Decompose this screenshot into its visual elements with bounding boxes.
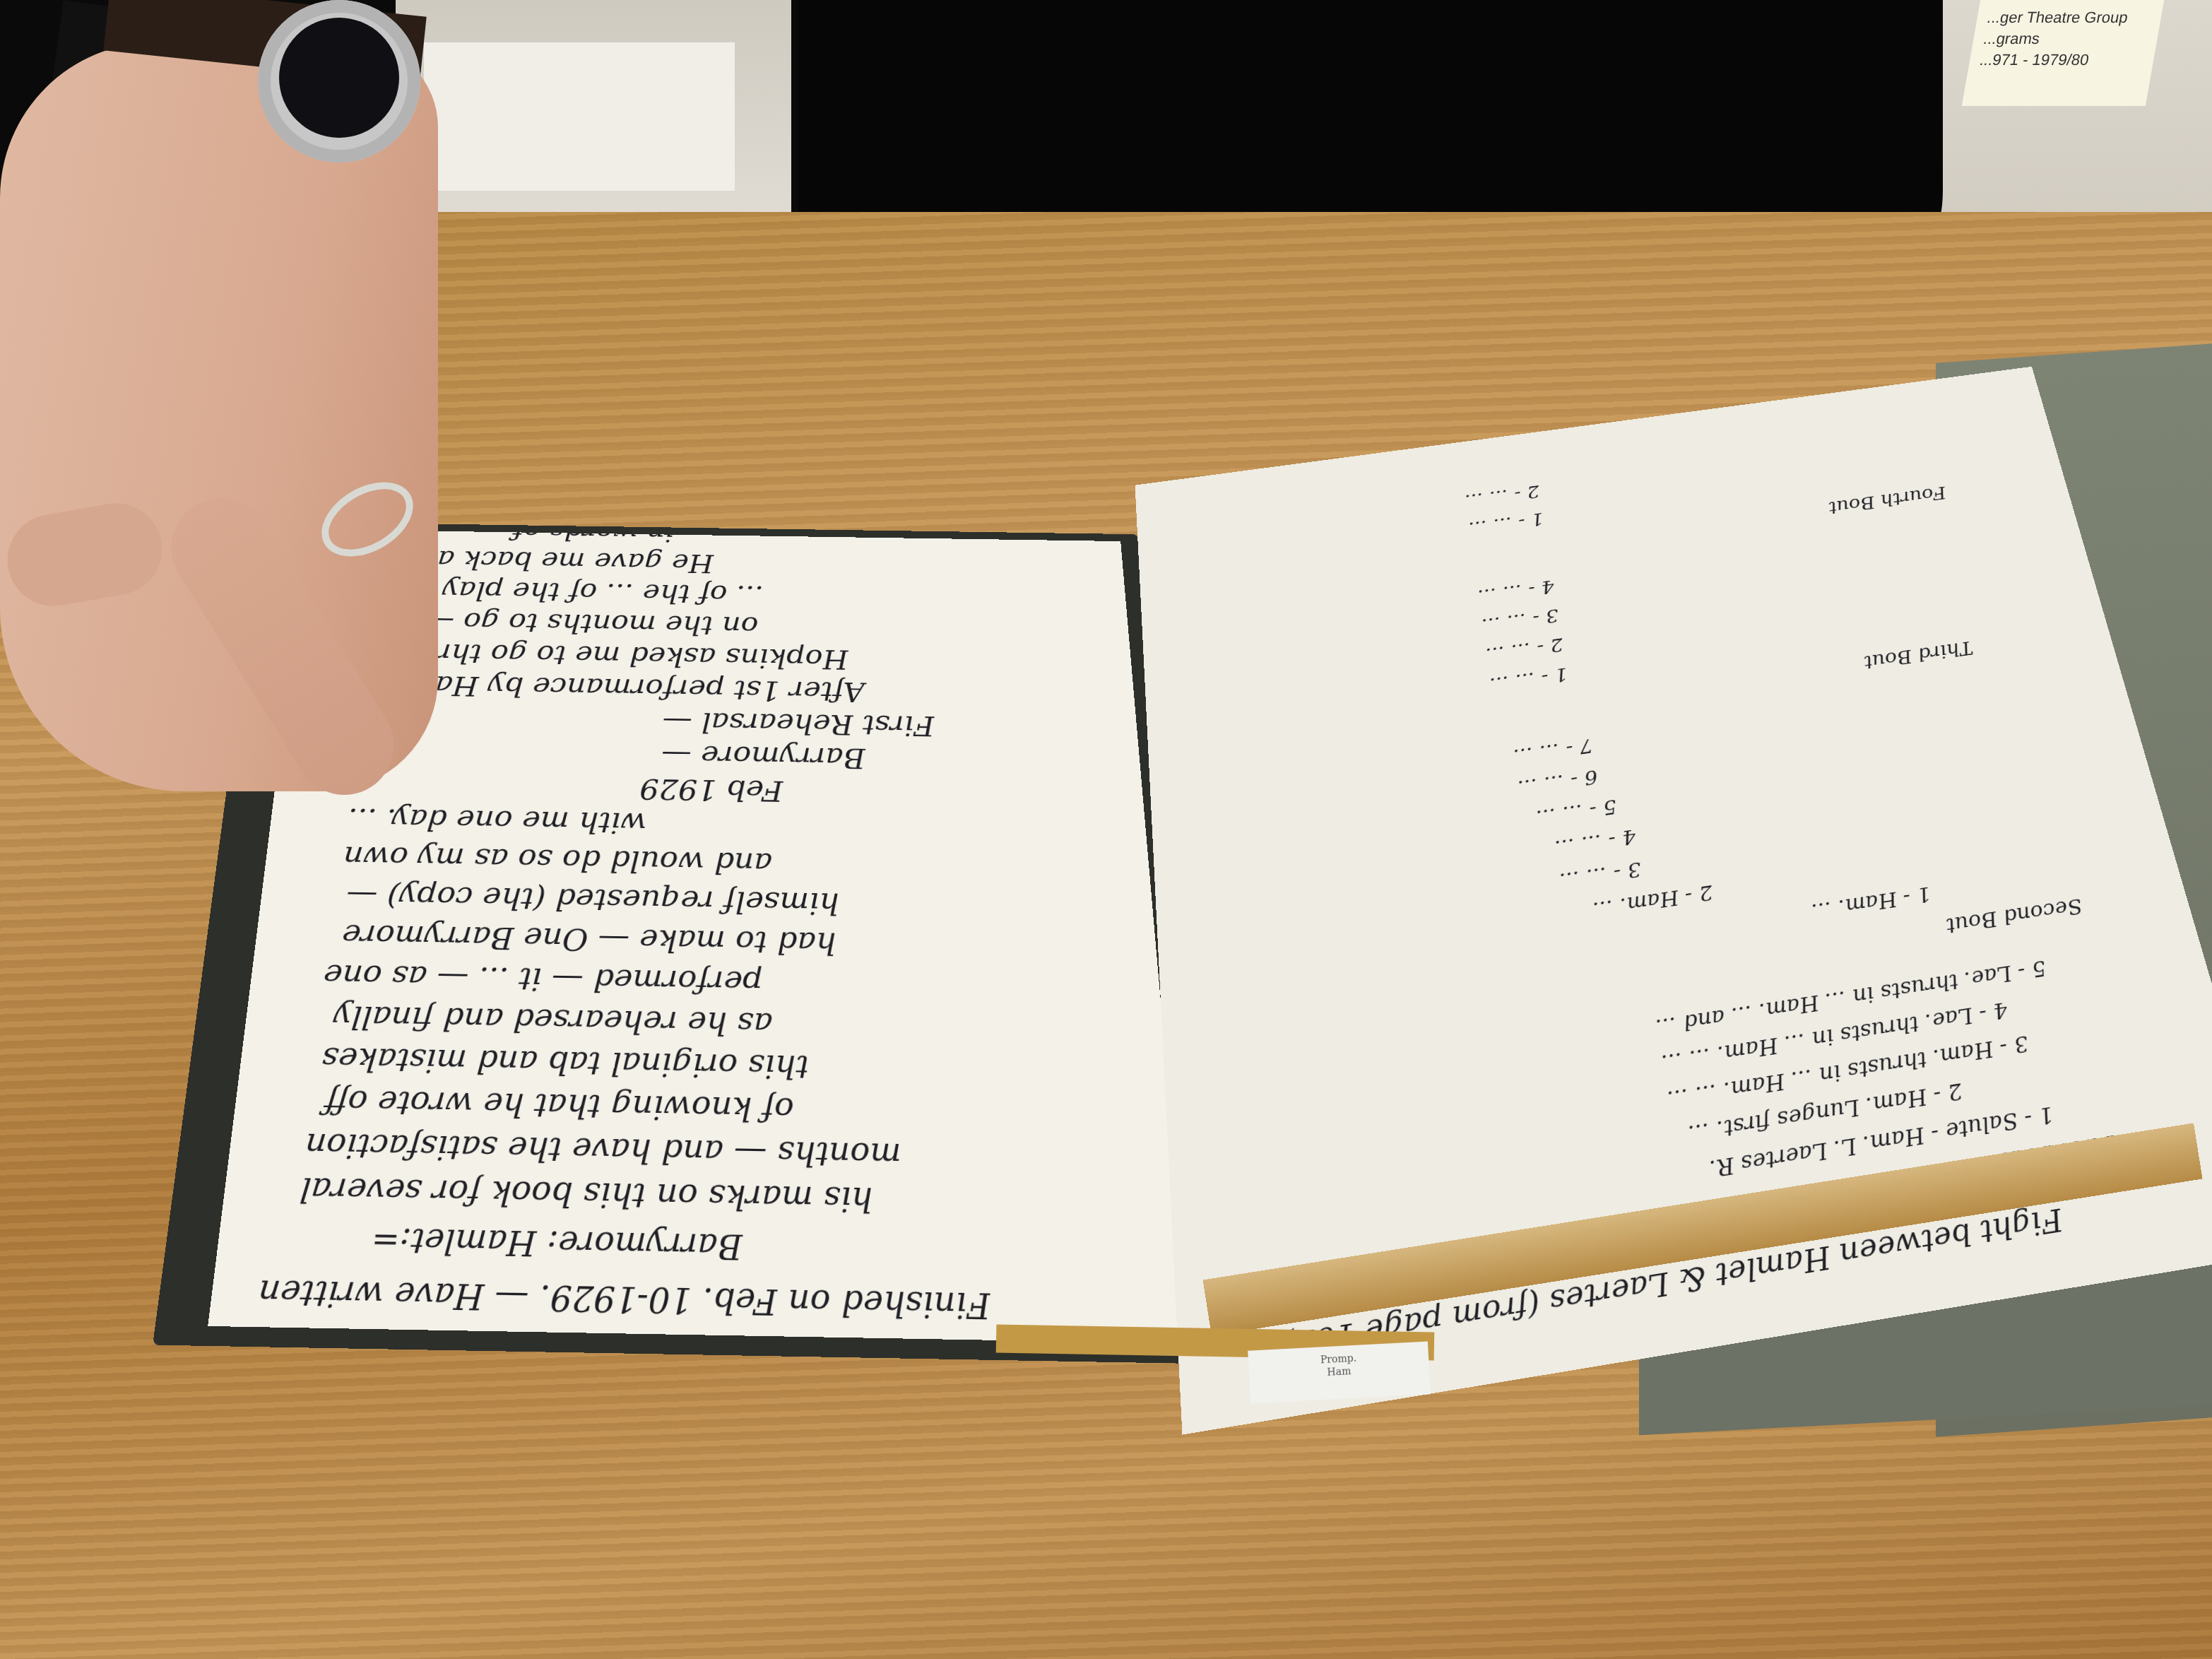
hw-line: had to make — One Barrymore <box>341 918 836 960</box>
hw-line: Barrymore: Hamlet:= <box>369 1220 743 1266</box>
hw-line: this original tab and mistakes <box>320 1040 809 1085</box>
hw-line: himself requested (the copy) — <box>345 878 839 920</box>
hw-line: 2 - ... ... <box>1484 634 1564 666</box>
hw-line: 4 - ... ... <box>1554 825 1638 859</box>
hw-line: of knowing that he wrote off <box>323 1082 794 1127</box>
hw-line: 4 - ... ... <box>1477 576 1556 606</box>
bookmark-slip: Promp. Ham <box>1248 1341 1431 1403</box>
hw-line: Third Bout <box>1862 637 1975 673</box>
hw-line: Barrymore — <box>661 739 865 774</box>
hw-line: 5 - ... ... <box>1534 794 1618 828</box>
label-line-2: ...grams <box>1982 28 2149 49</box>
hw-line: 2 - ... ... <box>1464 481 1541 510</box>
label-line-3: ...971 - 1979/80 <box>1978 49 2146 71</box>
hw-line: 3 - ... ... <box>1481 604 1561 635</box>
hw-line: After 1st performance by Hamlet <box>367 669 865 707</box>
hw-line: 1 - ... ... <box>1467 509 1545 538</box>
hw-line: 1 - Ham. ... <box>1809 882 1933 923</box>
hw-line: as he rehearsed and finally <box>332 998 773 1041</box>
hw-line: 3 - ... ... <box>1558 857 1643 892</box>
archive-box-label: ...ger Theatre Group ...grams ...971 - 1… <box>1962 0 2164 106</box>
hw-line: 2 - Ham. ... <box>1591 880 1715 921</box>
hw-line: Hopkins asked me to go thru it. <box>377 637 848 674</box>
hw-line: Fourth Bout <box>1827 483 1948 518</box>
shelf-compartment <box>424 42 735 191</box>
hw-line: Feb 1929 <box>639 772 783 806</box>
hw-line: 6 - ... ... <box>1516 765 1599 799</box>
hw-line: 1 - ... ... <box>1489 663 1569 695</box>
hw-line: his marks on this book for several <box>298 1170 873 1218</box>
hw-line: Second Bout <box>1944 893 2085 937</box>
hw-line: 7 - ... ... <box>1512 734 1594 767</box>
watch-face-icon <box>279 18 399 138</box>
hw-line: months — and have the satisfaction <box>303 1126 901 1174</box>
hw-line: Finished on Feb. 10-1929. — Have written <box>256 1272 991 1325</box>
hw-line: First Rehearsal — <box>662 706 935 740</box>
hw-line: with me one day. ... <box>345 802 647 839</box>
hw-line: ... of the ... of the play — <box>403 575 764 609</box>
hw-line: on the months to go — ... <box>387 606 759 640</box>
hw-line: He gave me back a ... <box>400 544 714 577</box>
hw-line: and would do so as my own <box>342 840 773 880</box>
label-line-1: ...ger Theatre Group <box>1985 7 2153 28</box>
hw-line: performed — it ... — as one <box>321 957 762 999</box>
